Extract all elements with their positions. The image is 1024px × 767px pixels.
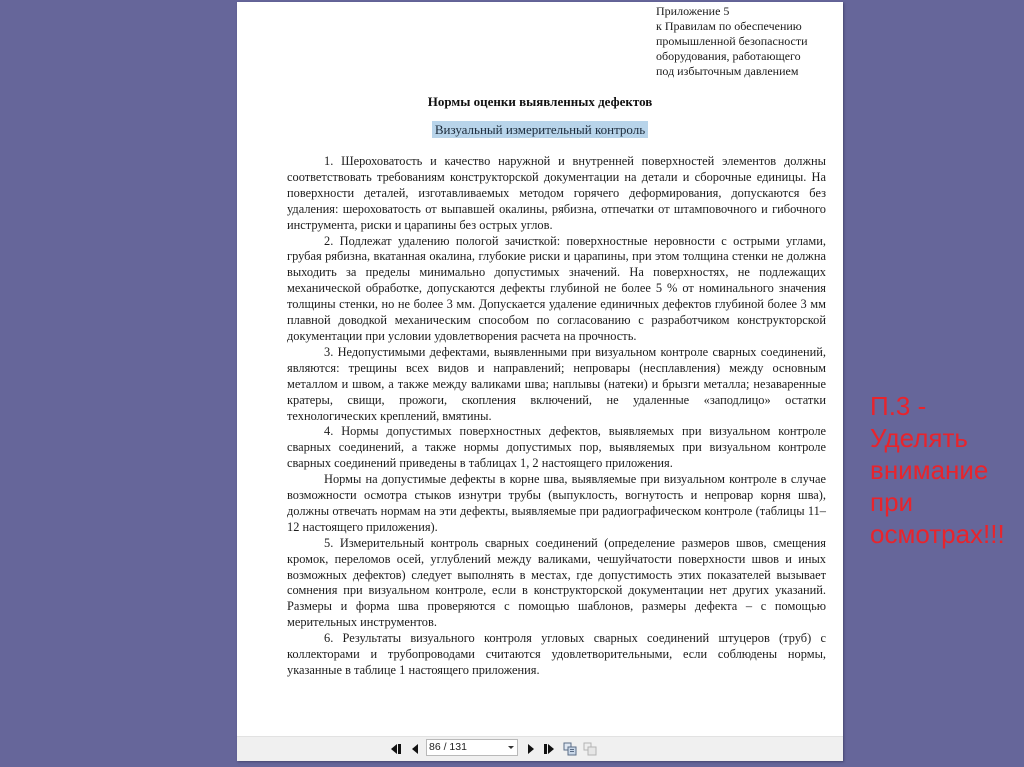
note-line: внимание [870,454,1005,486]
appendix-line: к Правилам по обеспечению [656,19,808,34]
first-page-button[interactable] [389,742,403,756]
annotation-note: П.3 - Уделять внимание при осмотрах!!! [870,390,1005,550]
last-page-icon [542,743,556,755]
prev-page-icon [410,743,420,755]
paragraph-6: 6. Результаты визуального контроля углов… [287,631,826,679]
document-page: Приложение 5 к Правилам по обеспечению п… [237,2,843,737]
next-page-button[interactable] [524,742,538,756]
appendix-line: оборудования, работающего [656,49,808,64]
chevron-down-icon [508,746,514,749]
paragraph-5: 5. Измерительный контроль сварных соедин… [287,536,826,631]
paragraph-3: 3. Недопустимыми дефектами, выявленными … [287,345,826,425]
document-subtitle-highlighted[interactable]: Визуальный измерительный контроль [432,121,648,138]
document-title: Нормы оценки выявленных дефектов [237,94,843,110]
document-body: 1. Шероховатость и качество наружной и в… [287,154,826,679]
appendix-line: под избыточным давлением [656,64,808,79]
note-line: осмотрах!!! [870,518,1005,550]
appendix-line: Приложение 5 [656,4,808,19]
copy-page-icon [563,742,577,756]
document-viewer: Приложение 5 к Правилам по обеспечению п… [237,2,843,761]
next-page-icon [526,743,536,755]
appendix-line: промышленной безопасности [656,34,808,49]
page-navigation-toolbar: 86 / 131 [237,736,843,761]
note-line: П.3 - [870,390,1005,422]
copy-page-button[interactable] [563,742,577,756]
page-number-select[interactable]: 86 / 131 [426,739,518,756]
paragraph-2: 2. Подлежат удалению пологой зачисткой: … [287,234,826,345]
prev-page-button[interactable] [408,742,422,756]
page-indicator: 86 / 131 [429,741,467,753]
appendix-header: Приложение 5 к Правилам по обеспечению п… [656,4,808,79]
paste-page-button[interactable] [583,742,597,756]
paragraph-1: 1. Шероховатость и качество наружной и в… [287,154,826,234]
paragraph-4: 4. Нормы допустимых поверхностных дефект… [287,424,826,472]
paste-page-icon [583,742,597,756]
paragraph-4-note: Нормы на допустимые дефекты в корне шва,… [287,472,826,536]
last-page-button[interactable] [542,742,556,756]
note-line: при [870,486,1005,518]
first-page-icon [389,743,403,755]
note-line: Уделять [870,422,1005,454]
